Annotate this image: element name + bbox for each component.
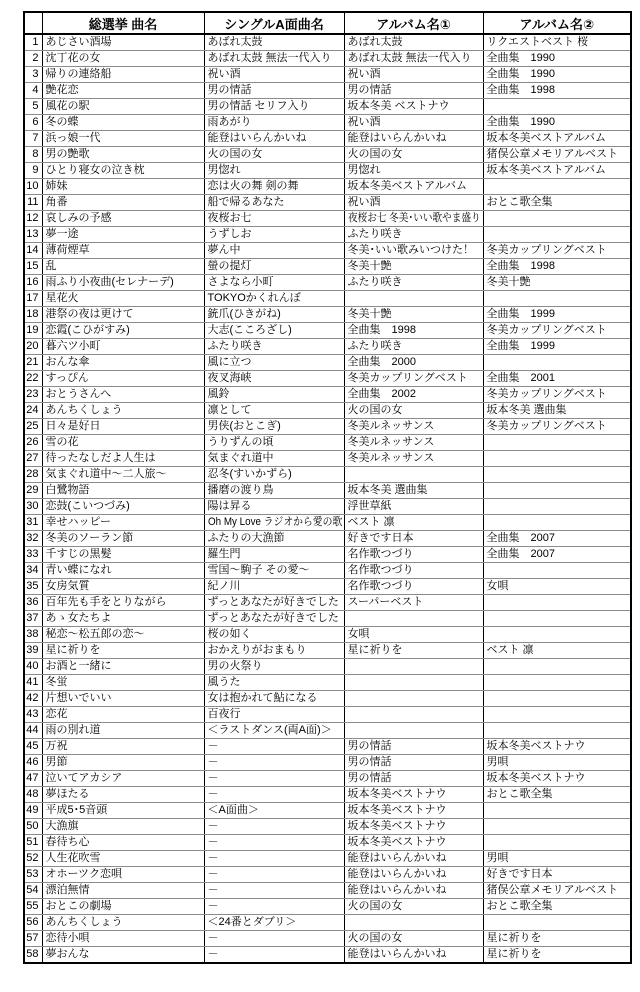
single-a-side-cell: ＜A面曲＞ xyxy=(204,803,344,819)
row-number: 44 xyxy=(24,723,42,739)
album1-cell: 冬美･いい歌みいつけた！ xyxy=(344,243,483,259)
row-number-text: 8 xyxy=(32,147,38,162)
album1-cell xyxy=(344,291,483,307)
album2-cell-text: リクエストベスト 桜 xyxy=(487,35,589,50)
song-title-cell: おとうさんへ xyxy=(42,387,204,403)
table-row: 19恋霞(こひがすみ)大志(こころざし)全曲集 1998冬美カップリングベスト xyxy=(24,323,631,339)
single-a-side-cell-text: 男侠(おとこぎ) xyxy=(208,419,281,434)
row-number-text: 55 xyxy=(26,899,38,914)
song-title-cell-text: 沈丁花の女 xyxy=(46,51,101,66)
song-title-cell: 秘恋～松五郎の恋～ xyxy=(42,627,204,643)
song-title-cell: おとこの劇場 xyxy=(42,899,204,915)
row-number: 45 xyxy=(24,739,42,755)
album2-cell-text: 坂本冬美ベストアルバム xyxy=(487,131,606,146)
single-a-side-cell: － xyxy=(204,947,344,964)
song-title-cell-text: 男の艶歌 xyxy=(46,147,90,162)
album1-cell: 能登はいらんかいね xyxy=(344,883,483,899)
album2-cell xyxy=(483,355,631,371)
song-title-cell-text: 千すじの黒髪 xyxy=(46,547,112,562)
single-a-side-cell: 火の国の女 xyxy=(204,147,344,163)
album1-cell: 祝い酒 xyxy=(344,195,483,211)
table-row: 52人生花吹雪－能登はいらんかいね男唄 xyxy=(24,851,631,867)
album1-cell-text: 坂本冬美 ベストナウ xyxy=(348,99,450,114)
single-a-side-cell-text: ＜A面曲＞ xyxy=(208,803,259,818)
single-a-side-cell: － xyxy=(204,931,344,947)
row-number-text: 16 xyxy=(26,275,38,290)
row-number-text: 33 xyxy=(26,547,38,562)
single-a-side-cell-text: おかえりがおまもり xyxy=(208,643,307,658)
row-number: 2 xyxy=(24,51,42,67)
table-row: 3帰りの連絡船祝い酒祝い酒全曲集 1990 xyxy=(24,67,631,83)
row-number: 12 xyxy=(24,211,42,227)
table-row: 37あゝ女たちよずっとあなたが好きでした xyxy=(24,611,631,627)
row-number-text: 19 xyxy=(26,323,38,338)
row-number: 32 xyxy=(24,531,42,547)
song-title-cell: 恋花 xyxy=(42,707,204,723)
single-a-side-cell-text: ずっとあなたが好きでした xyxy=(208,595,339,610)
single-a-side-cell: 女は抱かれて鮎になる xyxy=(204,691,344,707)
song-title-cell: 男節 xyxy=(42,755,204,771)
song-title-cell-text: 恋待小唄 xyxy=(46,931,90,946)
album1-cell-text: 祝い酒 xyxy=(348,67,381,82)
single-a-side-cell-text: あばれ太鼓 xyxy=(208,35,263,50)
table-row: 15乱螢の提灯冬美十艶全曲集 1998 xyxy=(24,259,631,275)
album2-cell-text: 星に祈りを xyxy=(487,931,542,946)
song-title-cell: 暮六ツ小町 xyxy=(42,339,204,355)
table-row: 49平成5･5音頭＜A面曲＞坂本冬美ベストナウ xyxy=(24,803,631,819)
header-row: 総選挙 曲名 シングルA面曲名 アルバム名① アルバム名② xyxy=(24,12,631,34)
row-number: 18 xyxy=(24,307,42,323)
song-title-cell: 浜っ娘一代 xyxy=(42,131,204,147)
single-a-side-cell-text: TOKYOかくれんぼ xyxy=(208,291,301,306)
single-a-side-cell: ずっとあなたが好きでした xyxy=(204,595,344,611)
song-title-cell-text: 雨ふり小夜曲(セレナーデ) xyxy=(46,275,174,290)
single-a-side-cell-text: 夢ん中 xyxy=(208,243,241,258)
table-row: 22すっぴん夜叉海峡冬美カップリングベスト全曲集 2001 xyxy=(24,371,631,387)
album2-cell-text: 全曲集 2001 xyxy=(487,371,555,386)
row-number: 22 xyxy=(24,371,42,387)
table-row: 50大漁旗－坂本冬美ベストナウ xyxy=(24,819,631,835)
table-row: 7浜っ娘一代能登はいらんかいね能登はいらんかいね坂本冬美ベストアルバム xyxy=(24,131,631,147)
table-row: 29白鷺物語播磨の渡り鳥坂本冬美 選曲集 xyxy=(24,483,631,499)
album1-cell-text: スーパーベスト xyxy=(348,595,424,610)
table-row: 34青い蝶になれ雪国～駒子 その愛～名作歌つづり xyxy=(24,563,631,579)
song-title-cell-text: 青い蝶になれ xyxy=(46,563,112,578)
album2-cell: 全曲集 1999 xyxy=(483,339,631,355)
row-number: 20 xyxy=(24,339,42,355)
row-number: 29 xyxy=(24,483,42,499)
table-row: 48夢ほたる－坂本冬美ベストナウおとこ歌全集 xyxy=(24,787,631,803)
song-title-cell: 千すじの黒髪 xyxy=(42,547,204,563)
album1-cell xyxy=(344,691,483,707)
album2-cell xyxy=(483,179,631,195)
row-number: 49 xyxy=(24,803,42,819)
album2-cell xyxy=(483,451,631,467)
album2-cell-text: 全曲集 2007 xyxy=(487,531,555,546)
album2-cell: 全曲集 1999 xyxy=(483,307,631,323)
album1-cell: 冬美十艶 xyxy=(344,259,483,275)
row-number-text: 37 xyxy=(26,611,38,626)
song-title-cell-text: 男節 xyxy=(46,755,68,770)
album2-cell xyxy=(483,803,631,819)
album2-cell xyxy=(483,659,631,675)
song-title-cell-text: 泣いてアカシア xyxy=(46,771,123,786)
single-a-side-cell: 風うた xyxy=(204,675,344,691)
single-a-side-cell: 播磨の渡り鳥 xyxy=(204,483,344,499)
album2-cell-text: 冬美カップリングベスト xyxy=(487,387,607,402)
song-title-cell: 漂泊無情 xyxy=(42,883,204,899)
table-row: 54漂泊無情－能登はいらんかいね猪俣公章メモリアルベスト xyxy=(24,883,631,899)
album1-cell-text: 坂本冬美ベストナウ xyxy=(348,787,447,802)
single-a-side-cell: 男の情話 セリフ入り xyxy=(204,99,344,115)
single-a-side-cell-text: うりずんの頃 xyxy=(208,435,274,450)
album1-cell-text: 男惚れ xyxy=(348,163,381,178)
row-number-text: 41 xyxy=(26,675,38,690)
album1-cell-text: 坂本冬美ベストナウ xyxy=(348,803,447,818)
album1-cell-text: 好きです日本 xyxy=(348,531,414,546)
album1-cell-text: 夜桜お七 冬美･いい歌やま盛り xyxy=(348,211,481,226)
song-title-cell-text: 片想いでいい xyxy=(46,691,112,706)
song-title-cell-text: 春待ち心 xyxy=(46,835,90,850)
album1-cell: スーパーベスト xyxy=(344,595,483,611)
row-number: 3 xyxy=(24,67,42,83)
single-a-side-cell: 男惚れ xyxy=(204,163,344,179)
album2-cell-text: 全曲集 1999 xyxy=(487,339,555,354)
album2-cell: 全曲集 2007 xyxy=(483,547,631,563)
album1-cell-text: 名作歌つづり xyxy=(348,579,414,594)
row-number: 58 xyxy=(24,947,42,964)
single-a-side-cell: － xyxy=(204,851,344,867)
album2-cell: 星に祈りを xyxy=(483,947,631,964)
single-a-side-cell: 忍冬(すいかずら) xyxy=(204,467,344,483)
album1-cell: 能登はいらんかいね xyxy=(344,131,483,147)
row-number-text: 53 xyxy=(26,867,38,882)
song-title-cell-text: 待ったなしだよ人生は xyxy=(46,451,156,466)
album2-cell-text: 全曲集 1990 xyxy=(487,51,555,66)
album1-cell xyxy=(344,659,483,675)
table-row: 4艶花恋男の情話男の情話全曲集 1998 xyxy=(24,83,631,99)
row-number-text: 18 xyxy=(26,307,38,322)
song-title-cell-text: 漂泊無情 xyxy=(46,883,90,898)
song-title-cell-text: 平成5･5音頭 xyxy=(46,803,108,818)
song-title-cell-text: 大漁旗 xyxy=(46,819,79,834)
single-a-side-cell: あばれ太鼓 無法一代入り xyxy=(204,51,344,67)
header-album1: アルバム名① xyxy=(344,12,483,34)
song-title-cell-text: あんちくしょう xyxy=(46,403,123,418)
song-title-cell: 恋鼓(こいつづみ) xyxy=(42,499,204,515)
single-a-side-cell-text: 螢の提灯 xyxy=(208,259,252,274)
single-a-side-cell-text: － xyxy=(208,787,219,802)
album1-cell: 全曲集 2000 xyxy=(344,355,483,371)
single-a-side-cell-text: Oh My Love ラジオから愛の歌 xyxy=(208,515,342,530)
row-number: 35 xyxy=(24,579,42,595)
table-row: 24あんちくしょう凛として火の国の女坂本冬美 選曲集 xyxy=(24,403,631,419)
album2-cell: 冬美カップリングベスト xyxy=(483,243,631,259)
row-number-text: 4 xyxy=(32,83,38,98)
single-a-side-cell: ふたり咲き xyxy=(204,339,344,355)
song-title-cell: 風花の駅 xyxy=(42,99,204,115)
table-row: 46男節－男の情話男唄 xyxy=(24,755,631,771)
table-row: 35女房気質紀ノ川名作歌つづり女唄 xyxy=(24,579,631,595)
row-number: 34 xyxy=(24,563,42,579)
song-title-cell: 雪の花 xyxy=(42,435,204,451)
table-row: 51春待ち心－坂本冬美ベストナウ xyxy=(24,835,631,851)
album1-cell: 坂本冬美 選曲集 xyxy=(344,483,483,499)
single-a-side-cell: － xyxy=(204,755,344,771)
table-row: 13夢一途うずしおふたり咲き xyxy=(24,227,631,243)
album2-cell: 全曲集 2001 xyxy=(483,371,631,387)
row-number-text: 23 xyxy=(26,387,38,402)
table-row: 38秘恋～松五郎の恋～桜の如く女唄 xyxy=(24,627,631,643)
single-a-side-cell-text: 百夜行 xyxy=(208,707,241,722)
single-a-side-cell-text: 紀ノ川 xyxy=(208,579,241,594)
row-number-text: 52 xyxy=(26,851,38,866)
row-number-text: 27 xyxy=(26,451,38,466)
single-a-side-cell: 風鈴 xyxy=(204,387,344,403)
song-title-cell-text: あんちくしょう xyxy=(46,915,123,930)
album1-cell-text: 女唄 xyxy=(348,627,370,642)
single-a-side-cell: 船で帰るあなた xyxy=(204,195,344,211)
album2-cell xyxy=(483,627,631,643)
single-a-side-cell: － xyxy=(204,819,344,835)
song-title-cell: 人生花吹雪 xyxy=(42,851,204,867)
single-a-side-cell-text: 雪国～駒子 その愛～ xyxy=(208,563,310,578)
song-title-cell: 春待ち心 xyxy=(42,835,204,851)
single-a-side-cell: おかえりがおまもり xyxy=(204,643,344,659)
album1-cell: 男惚れ xyxy=(344,163,483,179)
album2-cell xyxy=(483,595,631,611)
album1-cell xyxy=(344,707,483,723)
song-title-cell: 艶花恋 xyxy=(42,83,204,99)
album1-cell: あばれ太鼓 xyxy=(344,34,483,51)
album2-cell xyxy=(483,819,631,835)
table-row: 44雨の別れ道＜ラストダンス(両A面)＞ xyxy=(24,723,631,739)
album1-cell-text: 火の国の女 xyxy=(348,147,403,162)
row-number: 53 xyxy=(24,867,42,883)
song-title-cell-text: 日々是好日 xyxy=(46,419,101,434)
song-title-cell: ひとり寝女の泣き枕 xyxy=(42,163,204,179)
single-a-side-cell-text: 風鈴 xyxy=(208,387,230,402)
row-number: 28 xyxy=(24,467,42,483)
album1-cell-text: 坂本冬美ベストアルバム xyxy=(348,179,467,194)
table-row: 9ひとり寝女の泣き枕男惚れ男惚れ坂本冬美ベストアルバム xyxy=(24,163,631,179)
table-row: 30恋鼓(こいつづみ)陽は昇る浮世草紙 xyxy=(24,499,631,515)
single-a-side-cell-text: 能登はいらんかいね xyxy=(208,131,307,146)
album2-cell: 冬美十艶 xyxy=(483,275,631,291)
song-title-cell: 星花火 xyxy=(42,291,204,307)
album2-cell-text: 坂本冬美ベストアルバム xyxy=(487,163,606,178)
single-a-side-cell-text: － xyxy=(208,867,219,882)
song-title-cell: 雨の別れ道 xyxy=(42,723,204,739)
row-number-text: 17 xyxy=(26,291,38,306)
row-number: 42 xyxy=(24,691,42,707)
row-number-text: 32 xyxy=(26,531,38,546)
album1-cell: 夜桜お七 冬美･いい歌やま盛り xyxy=(344,211,483,227)
song-title-cell: 沈丁花の女 xyxy=(42,51,204,67)
row-number: 7 xyxy=(24,131,42,147)
row-number-text: 2 xyxy=(32,51,38,66)
album2-cell: リクエストベスト 桜 xyxy=(483,34,631,51)
song-title-cell-text: 星に祈りを xyxy=(46,643,101,658)
album1-cell: 火の国の女 xyxy=(344,931,483,947)
album2-cell-text: 女唄 xyxy=(487,579,509,594)
single-a-side-cell-text: 忍冬(すいかずら) xyxy=(208,467,292,482)
album1-cell xyxy=(344,467,483,483)
single-a-side-cell: － xyxy=(204,739,344,755)
album1-cell: ふたり咲き xyxy=(344,275,483,291)
row-number: 8 xyxy=(24,147,42,163)
song-title-cell-text: 恋鼓(こいつづみ) xyxy=(46,499,130,514)
album2-cell: 冬美カップリングベスト xyxy=(483,419,631,435)
single-a-side-cell-text: － xyxy=(208,851,219,866)
song-title-cell: 冬美のソーラン節 xyxy=(42,531,204,547)
album2-cell-text: 全曲集 1998 xyxy=(487,259,555,274)
single-a-side-cell: － xyxy=(204,771,344,787)
album1-cell-text: 坂本冬美ベストナウ xyxy=(348,835,447,850)
table-row: 58夢おんな－能登はいらんかいね星に祈りを xyxy=(24,947,631,964)
single-a-side-cell: 陽は昇る xyxy=(204,499,344,515)
single-a-side-cell-text: ふたりの大漁節 xyxy=(208,531,285,546)
album1-cell: ベスト 凛 xyxy=(344,515,483,531)
single-a-side-cell: ＜24番とダブリ＞ xyxy=(204,915,344,931)
single-a-side-cell-text: 祝い酒 xyxy=(208,67,241,82)
row-number: 6 xyxy=(24,115,42,131)
table-row: 41冬蛍風うた xyxy=(24,675,631,691)
album2-cell-text: 冬美カップリングベスト xyxy=(487,419,607,434)
album2-cell-text: おとこ歌全集 xyxy=(487,787,553,802)
single-a-side-cell: 男侠(おとこぎ) xyxy=(204,419,344,435)
table-row: 18港祭の夜は更けて銃爪(ひきがね)冬美十艶全曲集 1999 xyxy=(24,307,631,323)
table-row: 42片想いでいい女は抱かれて鮎になる xyxy=(24,691,631,707)
album1-cell-text: 能登はいらんかいね xyxy=(348,131,447,146)
row-number: 51 xyxy=(24,835,42,851)
album1-cell: 坂本冬美ベストナウ xyxy=(344,803,483,819)
single-a-side-cell-text: － xyxy=(208,947,219,962)
row-number-text: 44 xyxy=(26,723,38,738)
album1-cell-text: 火の国の女 xyxy=(348,899,403,914)
song-title-cell: あんちくしょう xyxy=(42,403,204,419)
table-row: 31幸せハッピーOh My Love ラジオから愛の歌ベスト 凛 xyxy=(24,515,631,531)
row-number-text: 12 xyxy=(26,211,38,226)
song-title-cell-text: 夢おんな xyxy=(46,947,90,962)
single-a-side-cell: 紀ノ川 xyxy=(204,579,344,595)
album1-cell: 冬美ルネッサンス xyxy=(344,435,483,451)
song-title-cell-text: 幸せハッピー xyxy=(46,515,112,530)
table-row: 20暮六ツ小町ふたり咲きふたり咲き全曲集 1999 xyxy=(24,339,631,355)
single-a-side-cell-text: ＜24番とダブリ＞ xyxy=(208,915,297,930)
row-number-text: 9 xyxy=(32,163,38,178)
song-title-cell-text: 雪の花 xyxy=(46,435,79,450)
album2-cell: 坂本冬美ベストアルバム xyxy=(483,131,631,147)
table-row: 1あじさい酒場あばれ太鼓あばれ太鼓リクエストベスト 桜 xyxy=(24,34,631,51)
album2-cell-text: 星に祈りを xyxy=(487,947,542,962)
table-row: 47泣いてアカシア－男の情話坂本冬美ベストナウ xyxy=(24,771,631,787)
row-number: 5 xyxy=(24,99,42,115)
song-title-cell: 平成5･5音頭 xyxy=(42,803,204,819)
single-a-side-cell: ずっとあなたが好きでした xyxy=(204,611,344,627)
album1-cell: 全曲集 2002 xyxy=(344,387,483,403)
single-a-side-cell-text: － xyxy=(208,883,219,898)
header-album2: アルバム名② xyxy=(483,12,631,34)
album1-cell: 祝い酒 xyxy=(344,115,483,131)
song-title-cell: 片想いでいい xyxy=(42,691,204,707)
single-a-side-cell-text: 男の火祭り xyxy=(208,659,263,674)
page: 総選挙 曲名 シングルA面曲名 アルバム名① アルバム名② 1あじさい酒場あばれ… xyxy=(0,0,640,992)
song-title-cell-text: 百年先も手をとりながら xyxy=(46,595,167,610)
single-a-side-cell: － xyxy=(204,787,344,803)
single-a-side-cell: － xyxy=(204,867,344,883)
album1-cell-text: 男の情話 xyxy=(348,755,392,770)
row-number: 37 xyxy=(24,611,42,627)
album1-cell-text: 冬美十艶 xyxy=(348,259,392,274)
album1-cell: 男の情話 xyxy=(344,771,483,787)
single-a-side-cell-text: 船で帰るあなた xyxy=(208,195,285,210)
album2-cell xyxy=(483,723,631,739)
single-a-side-cell: Oh My Love ラジオから愛の歌 xyxy=(204,515,344,531)
album1-cell-text: 浮世草紙 xyxy=(348,499,392,514)
album2-cell-text: 冬美カップリングベスト xyxy=(487,243,607,258)
song-title-cell-text: 港祭の夜は更けて xyxy=(46,307,134,322)
row-number-text: 15 xyxy=(26,259,38,274)
song-title-cell: 港祭の夜は更けて xyxy=(42,307,204,323)
row-number: 43 xyxy=(24,707,42,723)
album1-cell-text: 男の情話 xyxy=(348,771,392,786)
song-title-cell: 白鷺物語 xyxy=(42,483,204,499)
album2-cell-text: 好きです日本 xyxy=(487,867,553,882)
row-number-text: 14 xyxy=(26,243,38,258)
single-a-side-cell: 恋は火の舞 剣の舞 xyxy=(204,179,344,195)
table-row: 12哀しみの予感夜桜お七夜桜お七 冬美･いい歌やま盛り xyxy=(24,211,631,227)
song-title-cell: 帰りの連絡船 xyxy=(42,67,204,83)
song-title-cell: 百年先も手をとりながら xyxy=(42,595,204,611)
single-a-side-cell-text: 銃爪(ひきがね) xyxy=(208,307,281,322)
song-title-cell-text: 夢ほたる xyxy=(46,787,90,802)
album1-cell xyxy=(344,723,483,739)
song-title-cell-text: 風花の駅 xyxy=(46,99,90,114)
album1-cell-text: 祝い酒 xyxy=(348,115,381,130)
album1-cell: 火の国の女 xyxy=(344,403,483,419)
album1-cell: 火の国の女 xyxy=(344,899,483,915)
song-title-cell-text: 万祝 xyxy=(46,739,68,754)
song-title-cell-text: おとこの劇場 xyxy=(46,899,112,914)
song-title-cell-text: 乱 xyxy=(46,259,57,274)
song-table: 総選挙 曲名 シングルA面曲名 アルバム名① アルバム名② 1あじさい酒場あばれ… xyxy=(23,11,632,964)
album1-cell-text: 冬美ルネッサンス xyxy=(348,419,435,434)
album2-cell xyxy=(483,915,631,931)
row-number-text: 1 xyxy=(32,35,38,50)
single-a-side-cell: － xyxy=(204,835,344,851)
album2-cell-text: 男唄 xyxy=(487,755,509,770)
table-row: 33千すじの黒髪羅生門名作歌つづり全曲集 2007 xyxy=(24,547,631,563)
single-a-side-cell-text: － xyxy=(208,739,219,754)
row-number: 11 xyxy=(24,195,42,211)
single-a-side-cell-text: ＜ラストダンス(両A面)＞ xyxy=(208,723,332,738)
album1-cell: 坂本冬美ベストナウ xyxy=(344,819,483,835)
single-a-side-cell: 男の情話 xyxy=(204,83,344,99)
album2-cell-text: 全曲集 1990 xyxy=(487,115,555,130)
album2-cell: ベスト 凛 xyxy=(483,643,631,659)
song-title-cell: 恋霞(こひがすみ) xyxy=(42,323,204,339)
single-a-side-cell-text: ずっとあなたが好きでした xyxy=(208,611,339,626)
song-title-cell: 大漁旗 xyxy=(42,819,204,835)
row-number: 48 xyxy=(24,787,42,803)
single-a-side-cell: うりずんの頃 xyxy=(204,435,344,451)
row-number: 52 xyxy=(24,851,42,867)
row-number-text: 11 xyxy=(27,195,38,210)
single-a-side-cell-text: あばれ太鼓 無法一代入り xyxy=(208,51,332,66)
single-a-side-cell: 百夜行 xyxy=(204,707,344,723)
song-title-cell-text: 女房気質 xyxy=(46,579,90,594)
